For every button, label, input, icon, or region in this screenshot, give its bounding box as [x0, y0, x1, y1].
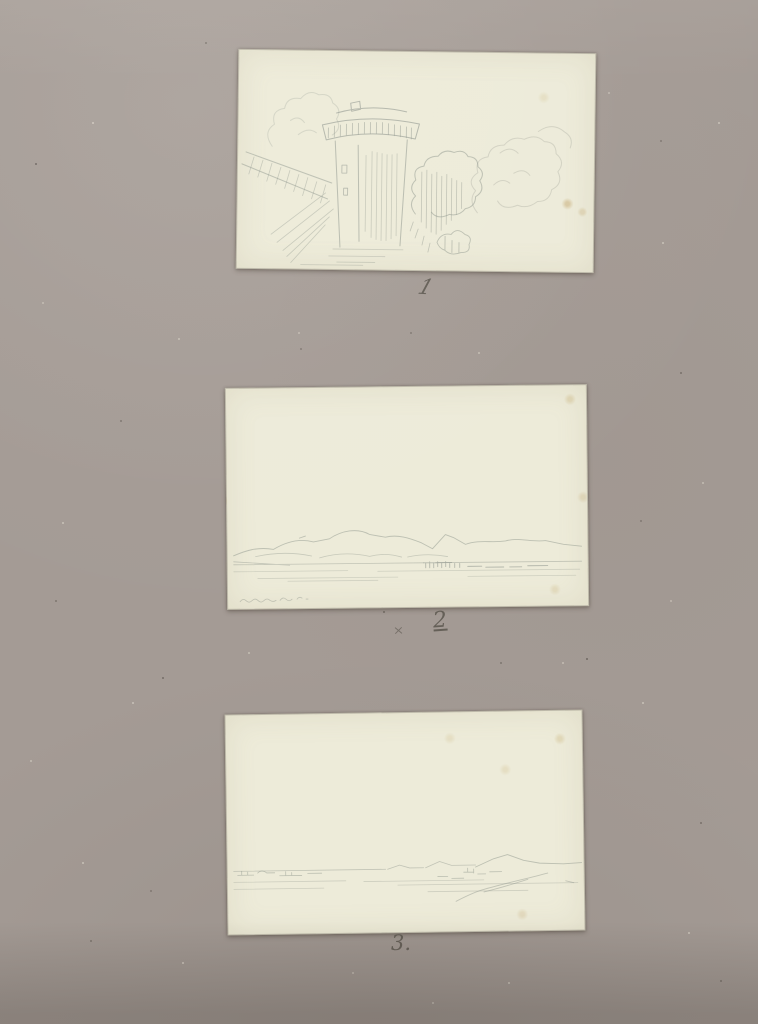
- foothills: [256, 552, 448, 559]
- shoreline: [234, 558, 582, 566]
- sketch-2-drawing: [226, 385, 588, 609]
- pencil-x-mark: [394, 626, 403, 635]
- tree-canopy-hatching: [410, 170, 462, 253]
- water-strokes: [234, 568, 580, 582]
- mountain-scene: [233, 528, 582, 602]
- sketch-2-number: 2: [432, 610, 448, 633]
- right-hill: [475, 854, 581, 867]
- sketch-3-paper: [224, 710, 585, 936]
- sketch-3-number: 3.: [391, 933, 411, 954]
- bush-and-trunks: [437, 230, 471, 254]
- horizon-line: [234, 861, 476, 871]
- album-page: 1 2 3.: [0, 0, 758, 1024]
- sketch-2-paper: [225, 384, 589, 610]
- wall-edges: [242, 152, 333, 199]
- sketch-1-number: 1: [416, 277, 436, 299]
- foreground-spit: [456, 873, 574, 902]
- mountain-ridge: [233, 528, 581, 556]
- sketch-3-drawing: [225, 711, 584, 935]
- tower-body-hatching: [365, 151, 397, 240]
- tree-canopy-far: [471, 126, 572, 214]
- tower-windows: [342, 165, 348, 195]
- tower-scene: [241, 92, 572, 268]
- sketch-1-drawing: [237, 50, 596, 272]
- sketch-1-paper: [236, 49, 597, 273]
- left-tree-outline: [268, 92, 339, 147]
- ground-strokes: [301, 249, 403, 266]
- dust-speckles-dark: [0, 0, 2, 2]
- wall-hatching: [248, 157, 334, 263]
- pencil-inscription: [240, 597, 308, 602]
- mid-shore-marks: [438, 868, 502, 879]
- coast-scene: [233, 854, 582, 905]
